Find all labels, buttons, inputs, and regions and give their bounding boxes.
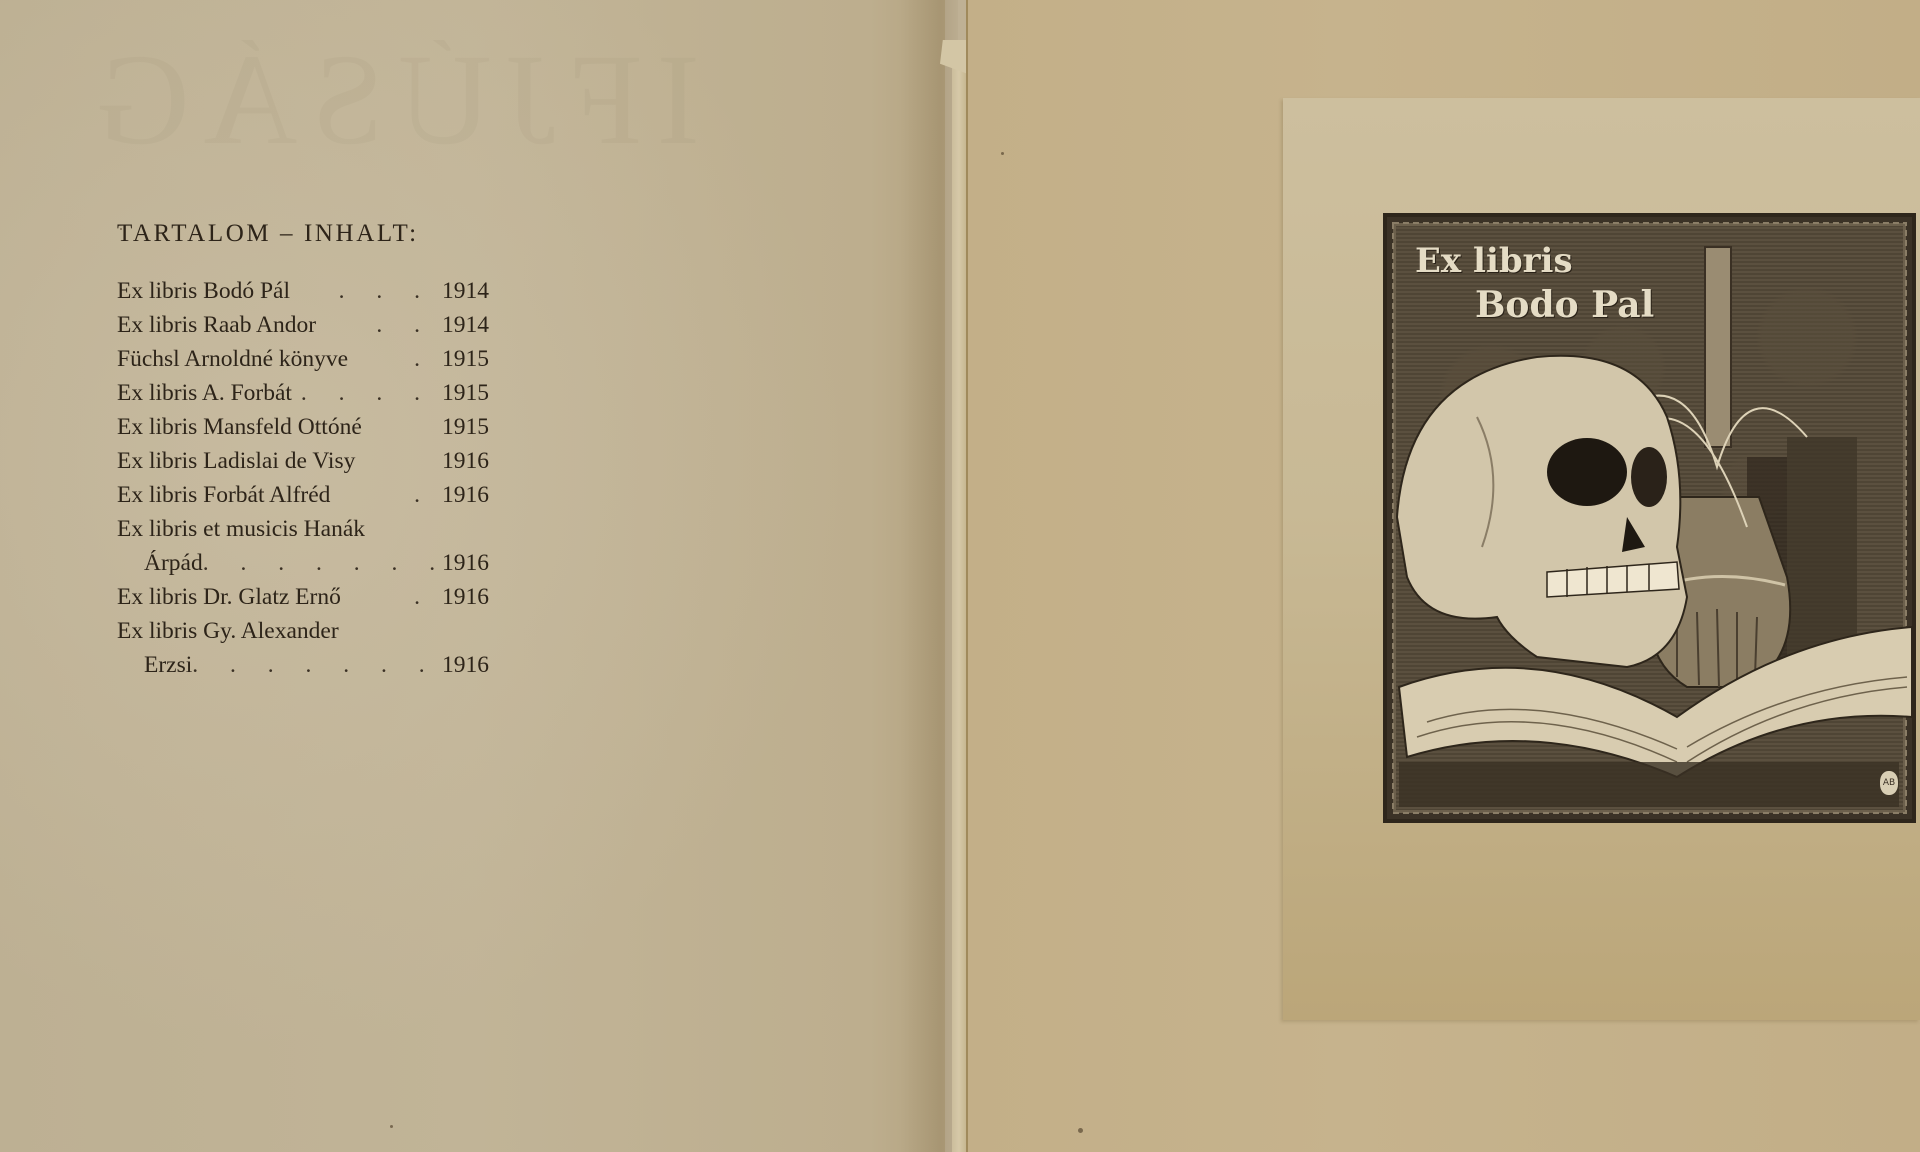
- entry-title: Ex libris Forbát Alfréd: [117, 478, 330, 512]
- entry-title: Erzsi: [117, 648, 192, 682]
- toc-list: Ex libris Bodó Pál . . . 1914 Ex libris …: [117, 274, 489, 682]
- dot-leader: . . . .: [292, 376, 435, 410]
- dot-leader: .: [330, 478, 435, 512]
- entry-year: 1914: [435, 308, 489, 342]
- skull-icon: [1397, 356, 1687, 667]
- toc-entry: Ex libris et musicis Hanák: [117, 512, 489, 546]
- dot-leader: . . . . . . .: [192, 648, 435, 682]
- toc-entry: Ex libris Raab Andor . . 1914: [117, 308, 489, 342]
- entry-title: Ex libris Raab Andor: [117, 308, 316, 342]
- entry-title: Ex libris et musicis Hanák: [117, 512, 365, 546]
- toc-entry: Ex libris Bodó Pál . . . 1914: [117, 274, 489, 308]
- toc-entry: Ex libris Mansfeld Ottóné 1915: [117, 410, 489, 444]
- entry-year: 1916: [435, 580, 489, 614]
- entry-year: 1916: [435, 648, 489, 682]
- dot-leader: .: [348, 342, 435, 376]
- dot-leader: . . . . . . .: [203, 546, 435, 580]
- entry-year: 1914: [435, 274, 489, 308]
- artist-monogram-icon: AB: [1880, 771, 1898, 795]
- dot-leader: . .: [316, 308, 435, 342]
- entry-year: 1916: [435, 478, 489, 512]
- toc-entry: Ex libris Dr. Glatz Ernő . 1916: [117, 580, 489, 614]
- toc-entry-continuation: Erzsi . . . . . . . 1916: [117, 648, 489, 682]
- entry-title: Ex libris Dr. Glatz Ernő: [117, 580, 341, 614]
- entry-title: Ex libris Ladislai de Visy: [117, 444, 355, 478]
- entry-year: 1916: [435, 546, 489, 580]
- toc-entry: Füchsl Arnoldné könyve . 1915: [117, 342, 489, 376]
- toc-entry: Ex libris Forbát Alfréd . 1916: [117, 478, 489, 512]
- book-spread: IFJÚSÁG TARTALOM – INHALT: Ex libris Bod…: [0, 0, 1920, 1152]
- paper-speck: [120, 228, 122, 230]
- bookplate-line-1: Ex libris: [1415, 239, 1654, 283]
- toc-heading: TARTALOM – INHALT:: [117, 218, 489, 250]
- entry-title: Ex libris A. Forbát: [117, 376, 292, 410]
- toc-entry: Ex libris Gy. Alexander: [117, 614, 489, 648]
- entry-title: Ex libris Gy. Alexander: [117, 614, 339, 648]
- dot-leader: .: [341, 580, 435, 614]
- dot-leader: . . .: [290, 274, 435, 308]
- paper-speck: [390, 1125, 393, 1128]
- toc-entry: Ex libris A. Forbát . . . . 1915: [117, 376, 489, 410]
- entry-title: Füchsl Arnoldné könyve: [117, 342, 348, 376]
- entry-title: Árpád: [117, 546, 203, 580]
- bookplate-image: Ex libris Bodo Pal AB: [1383, 213, 1916, 823]
- paper-speck: [1001, 152, 1004, 155]
- entry-year: 1915: [435, 342, 489, 376]
- eye-socket-icon: [1547, 438, 1627, 506]
- gutter-shadow: [900, 0, 958, 1152]
- bookplate-inscription: Ex libris Bodo Pal: [1415, 239, 1654, 327]
- toc-entry: Ex libris Ladislai de Visy 1916: [117, 444, 489, 478]
- left-page: IFJÚSÁG TARTALOM – INHALT: Ex libris Bod…: [0, 0, 945, 1152]
- flask-neck-icon: [1705, 247, 1731, 447]
- entry-year: 1915: [435, 376, 489, 410]
- entry-title: Ex libris Bodó Pál: [117, 274, 290, 308]
- bleed-through-text: IFJÚSÁG: [0, 40, 700, 160]
- entry-title: Ex libris Mansfeld Ottóné: [117, 410, 362, 444]
- toc-entry-continuation: Árpád . . . . . . . 1916: [117, 546, 489, 580]
- table-of-contents: TARTALOM – INHALT: Ex libris Bodó Pál . …: [117, 218, 489, 682]
- entry-year: 1916: [435, 444, 489, 478]
- paper-speck: [1078, 1128, 1083, 1133]
- bookplate-line-2: Bodo Pal: [1415, 283, 1654, 327]
- binding-strip: [952, 40, 966, 1152]
- entry-year: 1915: [435, 410, 489, 444]
